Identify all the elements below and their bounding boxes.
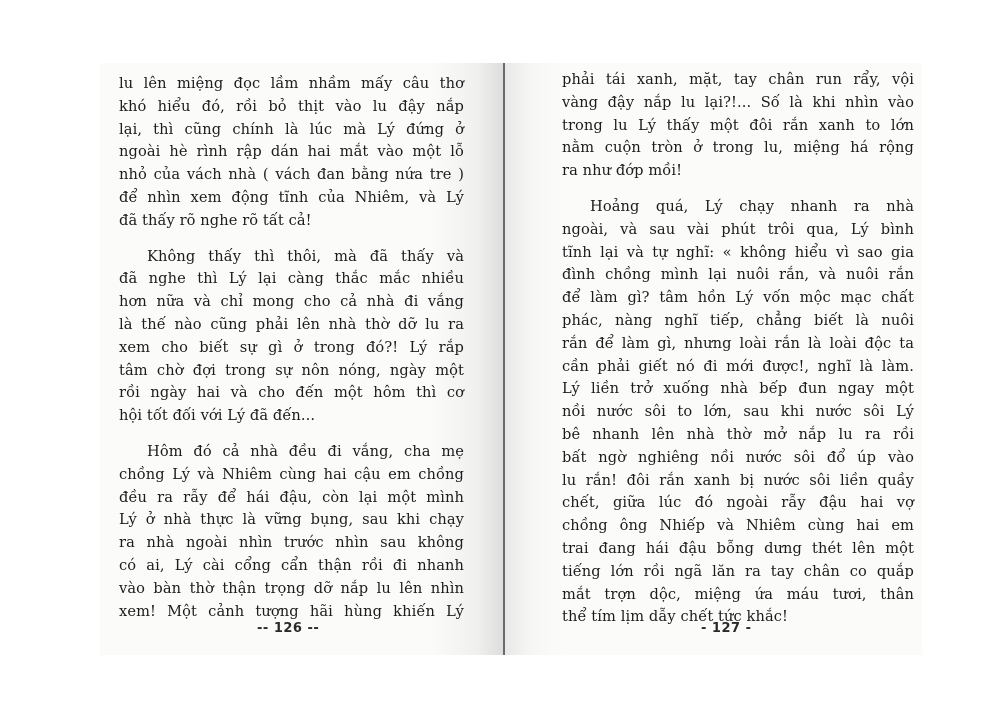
text-line: nằm cuộn tròn ở trong lu, miệng há rộng bbox=[562, 137, 914, 160]
text-line: nhỏ của vách nhà ( vách đan bằng nứa tre… bbox=[119, 164, 464, 187]
paragraph: Không thấy thì thôi, mà đã thấy và đã ng… bbox=[119, 246, 464, 428]
text-line: xem cho biết sự gì ở trong đó?! Lý rắp bbox=[119, 337, 464, 360]
text-line: ra như đớp mồi! bbox=[562, 160, 914, 183]
text-line: Không thấy thì thôi, mà đã thấy và bbox=[119, 246, 464, 269]
text-line: đã thấy rõ nghe rõ tất cả! bbox=[119, 210, 464, 233]
text-line: phác, nàng nghĩ tiếp, chẳng biết là nuôi bbox=[562, 310, 914, 333]
text-line: đình chồng mình lại nuôi rắn, và nuôi rắ… bbox=[562, 264, 914, 287]
paragraph-gap bbox=[119, 233, 464, 246]
text-line: phải tái xanh, mặt, tay chân run rẩy, vộ… bbox=[562, 69, 914, 92]
right-page: phải tái xanh, mặt, tay chân run rẩy, vộ… bbox=[505, 63, 922, 655]
text-line: chết, giữa lúc đó ngoài rẫy đậu hai vợ bbox=[562, 492, 914, 515]
text-line: nồi nước sôi to lớn, sau khi nước sôi Lý bbox=[562, 401, 914, 424]
text-line: để nhìn xem động tĩnh của Nhiêm, và Lý bbox=[119, 187, 464, 210]
paragraph: lu lên miệng đọc lầm nhầm mấy câu thơ kh… bbox=[119, 73, 464, 233]
text-line: rắn để làm gì, nhưng loài rắn là loài độ… bbox=[562, 333, 914, 356]
text-line: đã nghe thì Lý lại càng thắc mắc nhiều bbox=[119, 268, 464, 291]
text-line: tiếng lớn rồi ngã lăn ra tay chân co quắ… bbox=[562, 561, 914, 584]
paragraph-gap bbox=[119, 428, 464, 441]
page-number: - 127 - bbox=[701, 621, 751, 636]
text-line: khó hiểu đó, rồi bỏ thịt vào lu đậy nắp bbox=[119, 96, 464, 119]
paragraph-gap bbox=[562, 183, 914, 196]
paragraph: Hôm đó cả nhà đều đi vắng, cha mẹ chồng … bbox=[119, 441, 464, 623]
text-line: để làm gì? tâm hồn Lý vốn mộc mạc chất bbox=[562, 287, 914, 310]
text-line: xem! Một cảnh tượng hãi hùng khiến Lý bbox=[119, 601, 464, 624]
open-book-scan: lu lên miệng đọc lầm nhầm mấy câu thơ kh… bbox=[100, 63, 922, 655]
text-line: đều ra rẫy để hái đậu, còn lại một mình bbox=[119, 487, 464, 510]
text-line: Lý liền trở xuống nhà bếp đun ngay một bbox=[562, 378, 914, 401]
text-line: ra nhà ngoài nhìn trước nhìn sau không bbox=[119, 532, 464, 555]
text-line: là thế nào cũng phải lên nhà thờ dỡ lu r… bbox=[119, 314, 464, 337]
page-number: -- 126 -- bbox=[257, 621, 319, 636]
paragraph: Hoảng quá, Lý chạy nhanh ra nhà ngoài, v… bbox=[562, 196, 914, 629]
text-line: hội tốt đối với Lý đã đến... bbox=[119, 405, 464, 428]
text-line: tâm chờ đợi trong sự nôn nóng, ngày một bbox=[119, 360, 464, 383]
text-line: Hôm đó cả nhà đều đi vắng, cha mẹ bbox=[119, 441, 464, 464]
text-line: cần phải giết nó đi mới được!, nghĩ là l… bbox=[562, 356, 914, 379]
text-line: tĩnh lại và tự nghĩ: « không hiểu vì sao… bbox=[562, 242, 914, 265]
paragraph: phải tái xanh, mặt, tay chân run rẩy, vộ… bbox=[562, 69, 914, 183]
text-line: vào bàn thờ thận trọng dỡ nắp lu lên nhì… bbox=[119, 578, 464, 601]
text-line: bê nhanh lên nhà thờ mở nắp lu ra rồi bbox=[562, 424, 914, 447]
text-line: trai đang hái đậu bỗng dưng thét lên một bbox=[562, 538, 914, 561]
left-page-text: lu lên miệng đọc lầm nhầm mấy câu thơ kh… bbox=[119, 73, 464, 623]
text-line: rồi ngày hai và cho đến một hôm thì cơ bbox=[119, 382, 464, 405]
left-page: lu lên miệng đọc lầm nhầm mấy câu thơ kh… bbox=[100, 63, 505, 655]
text-line: chồng ông Nhiếp và Nhiêm cùng hai em bbox=[562, 515, 914, 538]
text-line: có ai, Lý cài cổng cẩn thận rồi đi nhanh bbox=[119, 555, 464, 578]
text-line: ngoài hè rình rập dán hai mắt vào một lỗ bbox=[119, 141, 464, 164]
text-line: chồng Lý và Nhiêm cùng hai cậu em chồng bbox=[119, 464, 464, 487]
text-line: mắt trợn dộc, miệng ứa máu tươi, thân bbox=[562, 584, 914, 607]
text-line: bất ngờ nghiêng nồi nước sôi đổ úp vào bbox=[562, 447, 914, 470]
text-line: vàng đậy nắp lu lại?!... Số là khi nhìn … bbox=[562, 92, 914, 115]
text-line: Hoảng quá, Lý chạy nhanh ra nhà bbox=[562, 196, 914, 219]
text-line: trong lu Lý thấy một đôi rắn xanh to lớn bbox=[562, 115, 914, 138]
text-line: Lý ở nhà thực là vững bụng, sau khi chạy bbox=[119, 509, 464, 532]
text-line: lu lên miệng đọc lầm nhầm mấy câu thơ bbox=[119, 73, 464, 96]
right-page-text: phải tái xanh, mặt, tay chân run rẩy, vộ… bbox=[562, 69, 914, 629]
text-line: lại, thì cũng chính là lúc mà Lý đứng ở bbox=[119, 119, 464, 142]
text-line: ngoài, và sau vài phút trôi qua, Lý bình bbox=[562, 219, 914, 242]
text-line: hơn nữa và chỉ mong cho cả nhà đi vắng bbox=[119, 291, 464, 314]
text-line: lu rắn! đôi rắn xanh bị nước sôi liền qu… bbox=[562, 470, 914, 493]
